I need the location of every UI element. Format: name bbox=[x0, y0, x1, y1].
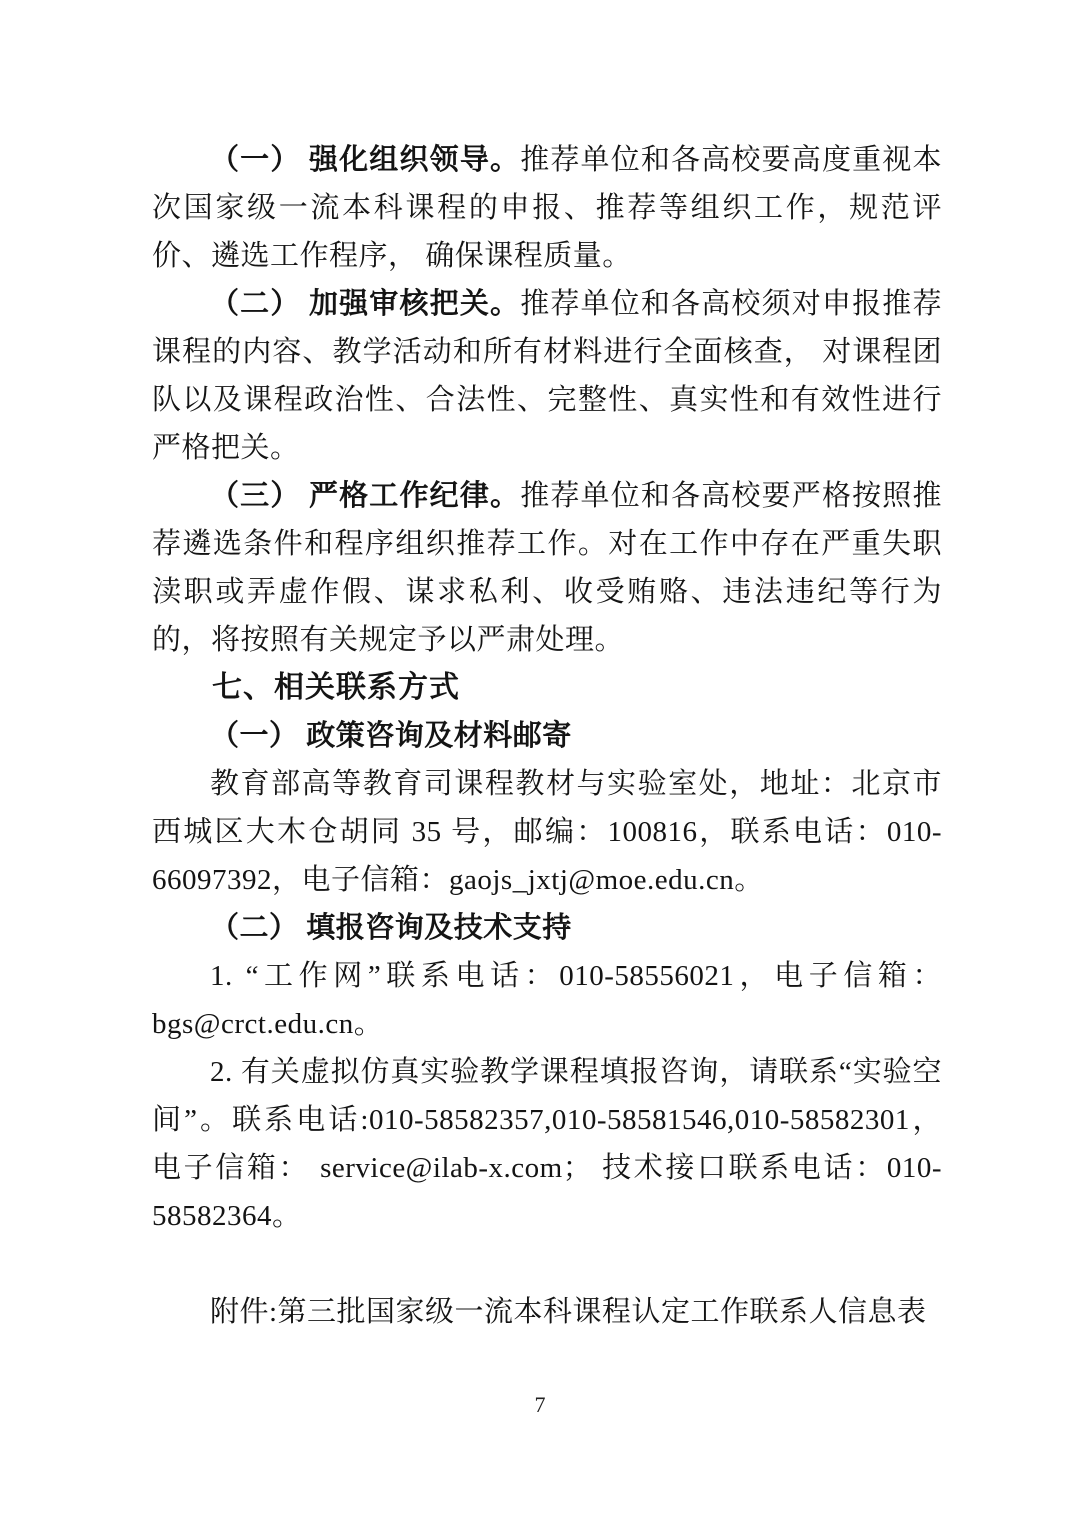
document-page: （一） 强化组织领导。推荐单位和各高校要高度重视本次国家级一流本科课程的申报、推… bbox=[0, 0, 1080, 1527]
document-body: （一） 强化组织领导。推荐单位和各高校要高度重视本次国家级一流本科课程的申报、推… bbox=[152, 136, 942, 1336]
sub-heading: （二） 填报咨询及技术支持 bbox=[152, 904, 942, 952]
paragraph: （三） 严格工作纪律。推荐单位和各高校要严格按照推荐遴选条件和程序组织推荐工作。… bbox=[152, 472, 942, 664]
paragraph: 1. “工作网”联系电话：010-58556021，电子信箱：bgs@crct.… bbox=[152, 952, 942, 1048]
page-number: 7 bbox=[0, 1392, 1080, 1418]
paragraph: （一） 强化组织领导。推荐单位和各高校要高度重视本次国家级一流本科课程的申报、推… bbox=[152, 136, 942, 280]
paragraph-lead: （一） 强化组织领导。 bbox=[210, 144, 520, 176]
section-heading: 七、相关联系方式 bbox=[152, 664, 942, 712]
paragraph: 2. 有关虚拟仿真实验教学课程填报咨询，请联系“实验空间”。联系电话:010-5… bbox=[152, 1048, 942, 1240]
attachment-line: 附件:第三批国家级一流本科课程认定工作联系人信息表 bbox=[152, 1288, 942, 1336]
sub-heading: （一） 政策咨询及材料邮寄 bbox=[152, 712, 942, 760]
paragraph-lead: （二） 加强审核把关。 bbox=[210, 288, 520, 320]
paragraph-lead: （三） 严格工作纪律。 bbox=[210, 480, 520, 512]
paragraph: （二） 加强审核把关。推荐单位和各高校须对申报推荐课程的内容、教学活动和所有材料… bbox=[152, 280, 942, 472]
paragraph: 教育部高等教育司课程教材与实验室处，地址：北京市西城区大木仓胡同 35 号，邮编… bbox=[152, 760, 942, 904]
